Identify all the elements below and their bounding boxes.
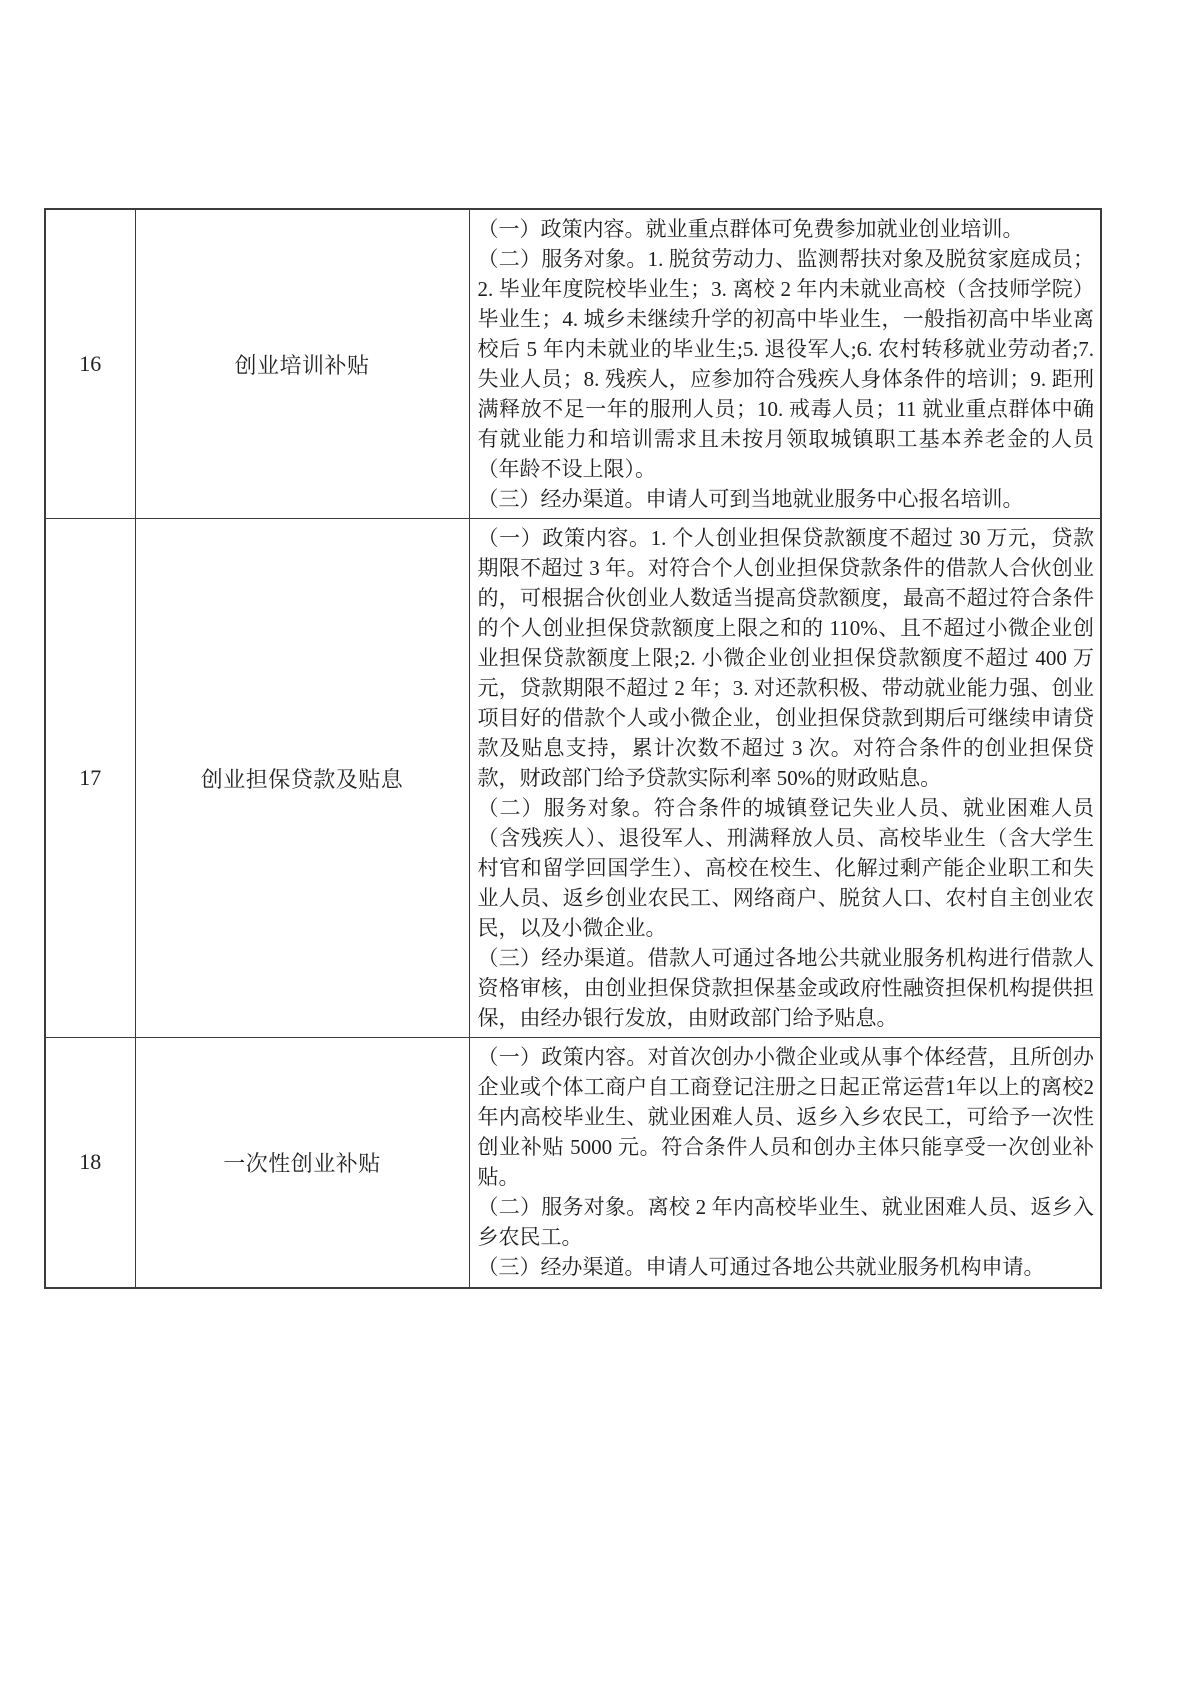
policy-name: 一次性创业补贴 [135, 1038, 469, 1288]
policy-detail-cell: （一）政策内容。就业重点群体可免费参加就业创业培训。 （二）服务对象。1. 脱贫… [469, 209, 1101, 519]
handling-channel-paragraph: （三）经办渠道。申请人可通过各地公共就业服务机构申请。 [478, 1252, 1095, 1282]
table-row-18: 18 一次性创业补贴 （一）政策内容。对首次创办小微企业或从事个体经营，且所创办… [45, 1038, 1101, 1288]
policy-content-paragraph: （一）政策内容。1. 个人创业担保贷款额度不超过 30 万元，贷款期限不超过 3… [478, 523, 1095, 793]
policy-table: 16 创业培训补贴 （一）政策内容。就业重点群体可免费参加就业创业培训。 （二）… [44, 208, 1102, 1289]
policy-content-paragraph: （一）政策内容。就业重点群体可免费参加就业创业培训。 [478, 214, 1095, 244]
service-target-paragraph: （二）服务对象。离校 2 年内高校毕业生、就业困难人员、返乡入乡农民工。 [478, 1192, 1095, 1252]
table-row-17: 17 创业担保贷款及贴息 （一）政策内容。1. 个人创业担保贷款额度不超过 30… [45, 519, 1101, 1038]
row-number: 16 [45, 209, 135, 519]
policy-detail-cell: （一）政策内容。1. 个人创业担保贷款额度不超过 30 万元，贷款期限不超过 3… [469, 519, 1101, 1038]
handling-channel-paragraph: （三）经办渠道。借款人可通过各地公共就业服务机构进行借款人资格审核，由创业担保贷… [478, 943, 1095, 1033]
handling-channel-paragraph: （三）经办渠道。申请人可到当地就业服务中心报名培训。 [478, 484, 1095, 514]
policy-detail-cell: （一）政策内容。对首次创办小微企业或从事个体经营，且所创办企业或个体工商户自工商… [469, 1038, 1101, 1288]
policy-content-paragraph: （一）政策内容。对首次创办小微企业或从事个体经营，且所创办企业或个体工商户自工商… [478, 1042, 1095, 1192]
document-page: 16 创业培训补贴 （一）政策内容。就业重点群体可免费参加就业创业培训。 （二）… [0, 0, 1191, 1684]
table-row-16: 16 创业培训补贴 （一）政策内容。就业重点群体可免费参加就业创业培训。 （二）… [45, 209, 1101, 519]
service-target-paragraph: （二）服务对象。1. 脱贫劳动力、监测帮扶对象及脱贫家庭成员；2. 毕业年度院校… [478, 244, 1095, 484]
service-target-paragraph: （二）服务对象。符合条件的城镇登记失业人员、就业困难人员（含残疾人）、退役军人、… [478, 793, 1095, 943]
row-number: 17 [45, 519, 135, 1038]
policy-name: 创业培训补贴 [135, 209, 469, 519]
policy-name: 创业担保贷款及贴息 [135, 519, 469, 1038]
row-number: 18 [45, 1038, 135, 1288]
